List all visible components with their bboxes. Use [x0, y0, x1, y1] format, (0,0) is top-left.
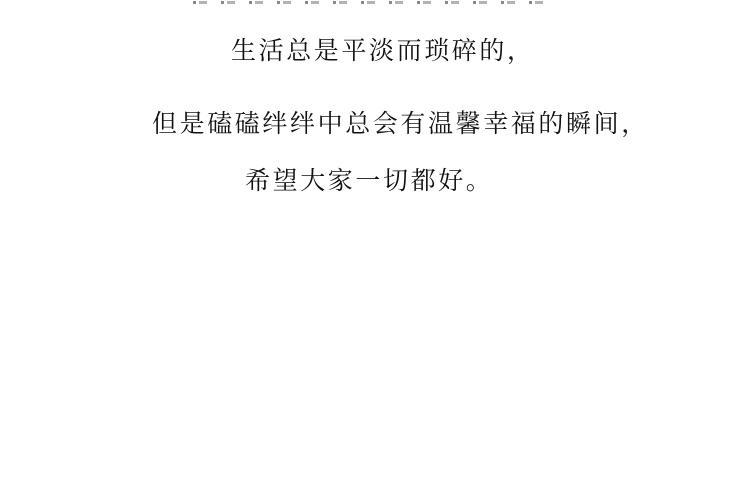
text-line-life-is-plain: 生活总是平淡而琐碎的，	[231, 37, 535, 65]
cropped-text-sliver	[193, 1, 557, 4]
document-page: 生活总是平淡而琐碎的， 但是磕磕绊绊中总会有温馨幸福的瞬间， 希望大家一切都好。	[0, 0, 750, 479]
cropped-text-line	[193, 0, 557, 4]
text-line-happy-moments: 但是磕磕绊绊中总会有温馨幸福的瞬间，	[152, 110, 649, 138]
text-line-wish-everyone-well: 希望大家一切都好。	[245, 167, 493, 195]
